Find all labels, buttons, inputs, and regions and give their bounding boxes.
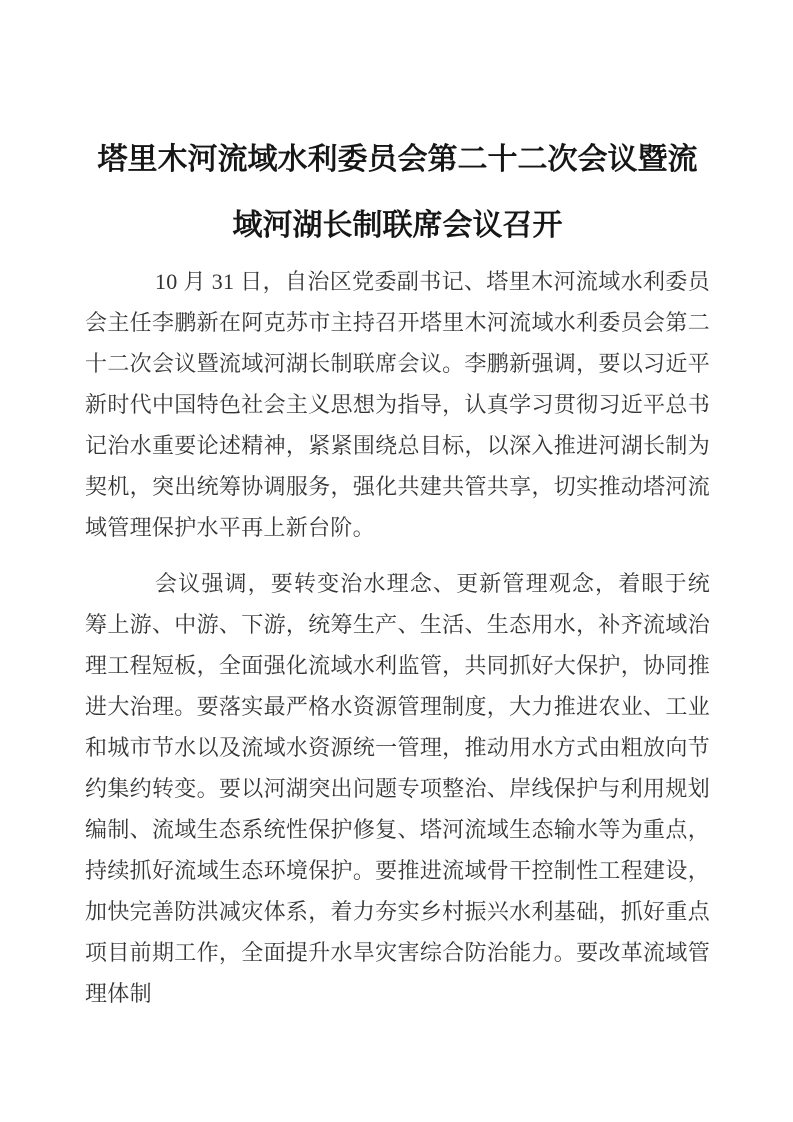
paragraph-2: 会议强调，要转变治水理念、更新管理观念，着眼于统筹上游、中游、下游，统筹生产、生… — [85, 563, 710, 1014]
document-title-line-2: 域河湖长制联席会议召开 — [85, 193, 710, 259]
document-page: 塔里木河流域水利委员会第二十二次会议暨流 域河湖长制联席会议召开 10 月 31… — [0, 0, 793, 1122]
document-title-line-1: 塔里木河流域水利委员会第二十二次会议暨流 — [85, 127, 710, 193]
paragraph-1: 10 月 31 日，自治区党委副书记、塔里木河流域水利委员会主任李鹏新在阿克苏市… — [85, 261, 710, 548]
document-title: 塔里木河流域水利委员会第二十二次会议暨流 域河湖长制联席会议召开 — [85, 127, 710, 259]
